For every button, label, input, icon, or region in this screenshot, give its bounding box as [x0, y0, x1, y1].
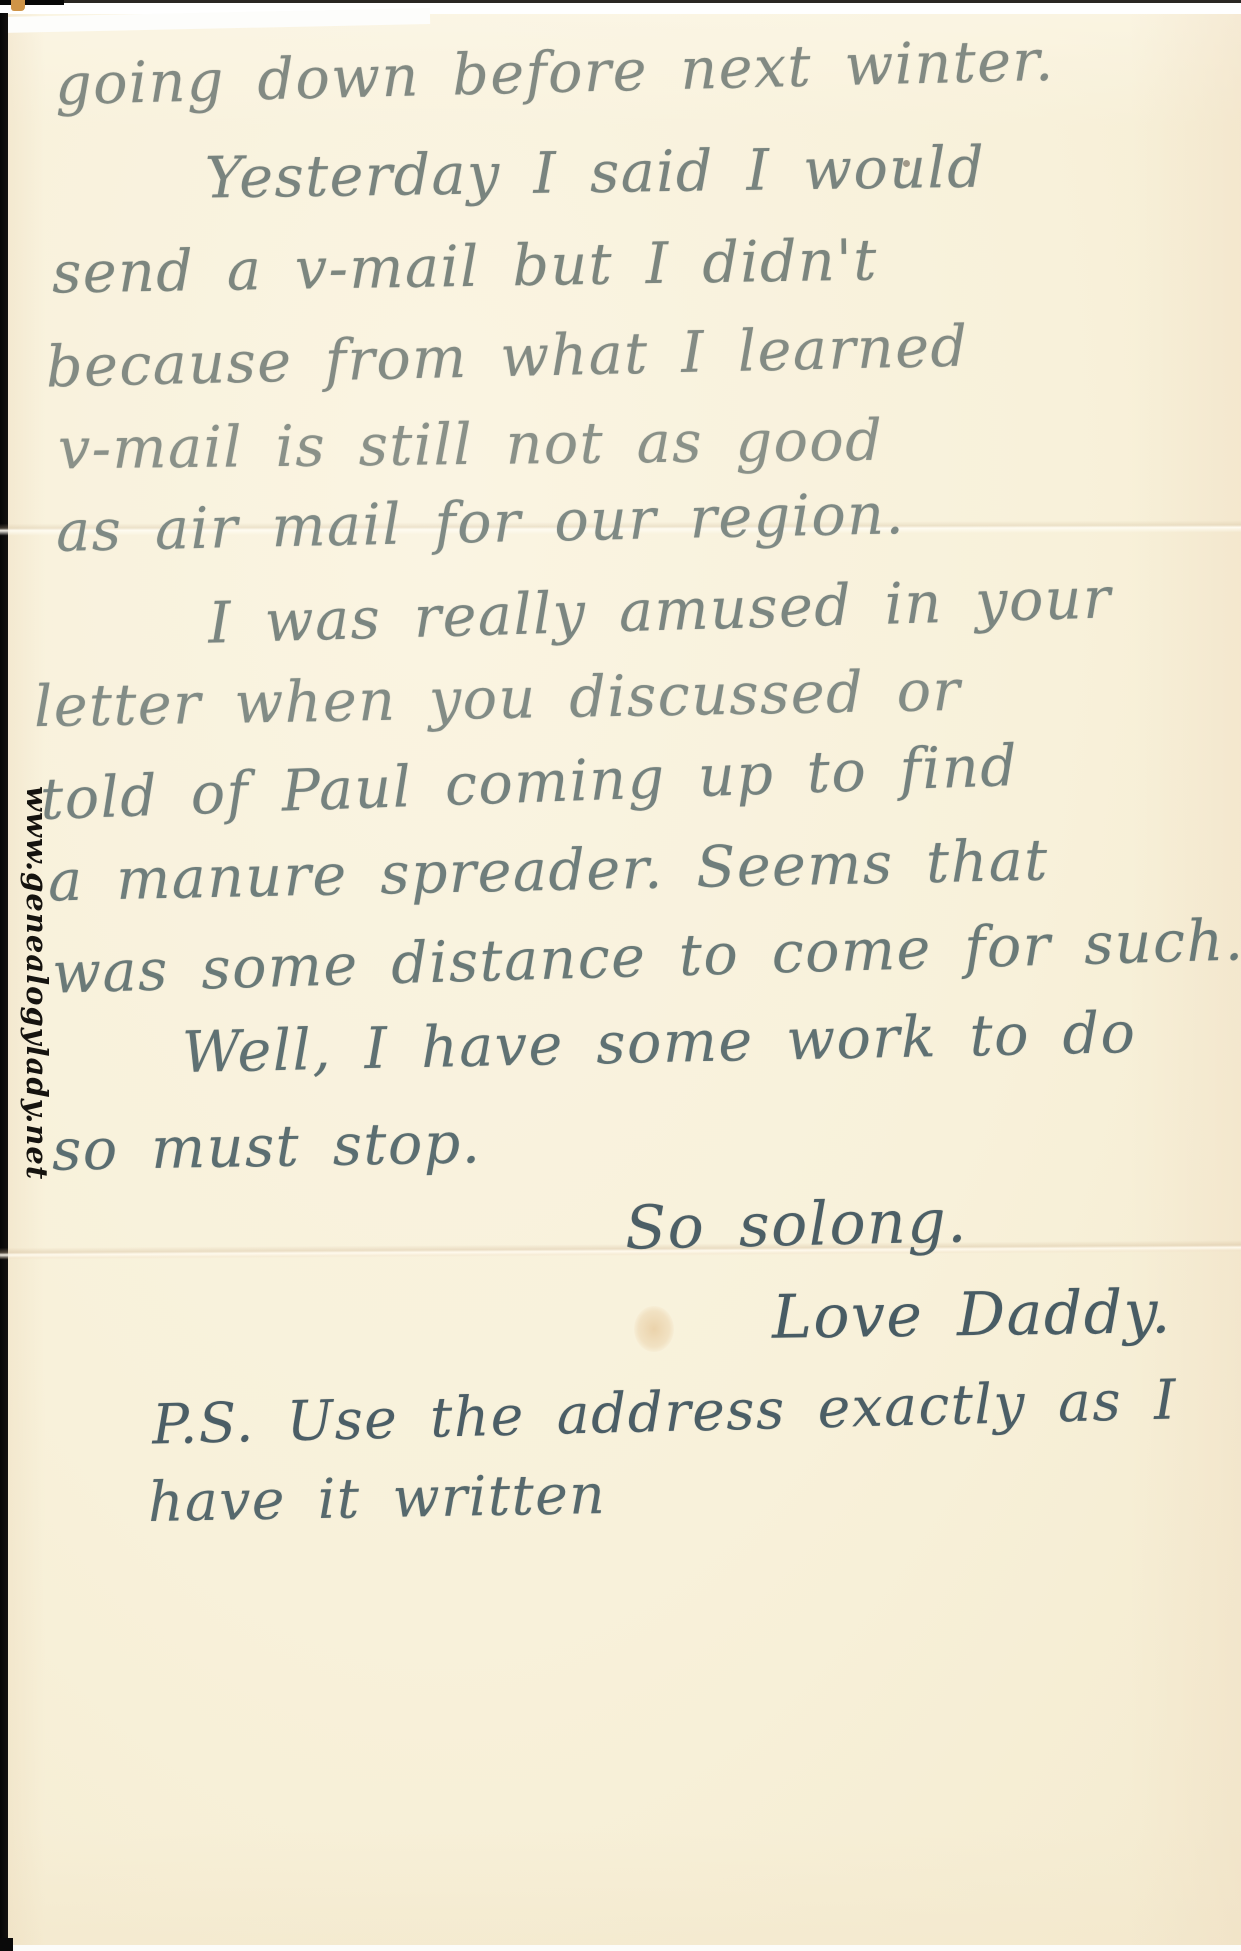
watermark: www.genealogylady.net — [20, 786, 54, 1180]
letter-closing-line: So solong. — [624, 1188, 968, 1261]
scan-left-edge-strip — [0, 13, 8, 1951]
letter-signature-line: Love Daddy. — [772, 1279, 1173, 1351]
scan-corner-tape-mark — [11, 0, 25, 11]
letter-scan: www.genealogylady.net going down before … — [0, 0, 1241, 1951]
scan-top-edge-line — [0, 0, 1241, 3]
letter-postscript-line-2: have it written — [148, 1464, 607, 1532]
scan-bottom-white-edge — [0, 1945, 1241, 1951]
scan-bottom-left-mark — [0, 1938, 13, 1951]
letter-line-3: send a v-mail but I didn't — [52, 230, 879, 306]
letter-line-2: Yesterday I said I would — [205, 137, 986, 211]
scan-top-left-edge-line — [0, 0, 64, 5]
paper-stain — [634, 1306, 674, 1352]
letter-line-5: v-mail is still not as good — [58, 410, 884, 481]
letter-line-13: so must stop. — [51, 1112, 481, 1182]
